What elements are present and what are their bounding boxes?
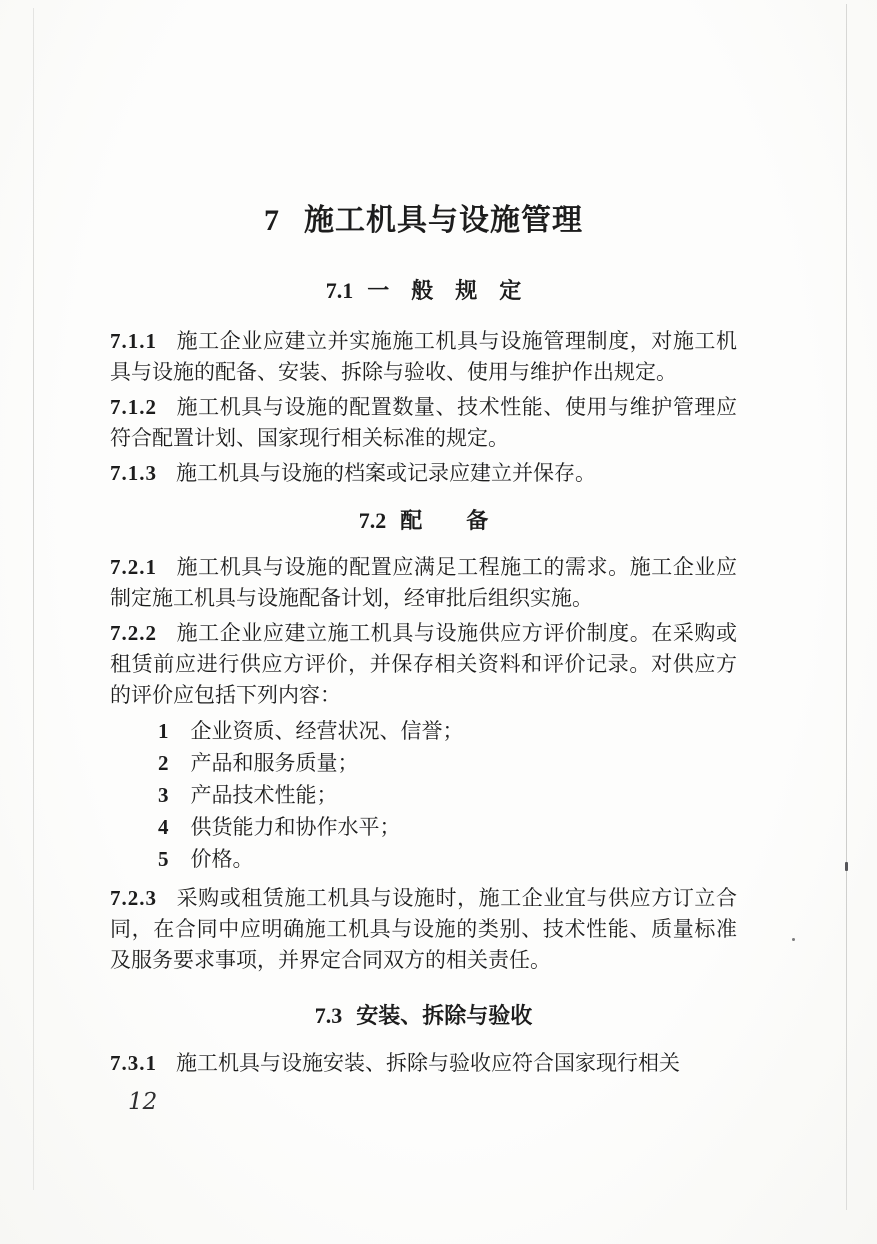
section-number: 7.1: [326, 278, 354, 303]
clause-7-2-3: 7.2.3采购或租赁施工机具与设施时，施工企业宜与供应方订立合同，在合同中应明确…: [110, 883, 737, 976]
item-text: 产品技术性能；: [191, 783, 338, 807]
clause-text: 施工机具与设施的配置数量、技术性能、使用与维护管理应符合配置计划、国家现行相关标…: [110, 395, 737, 450]
section-heading-7-3: 7.3安装、拆除与验收: [110, 1003, 737, 1029]
clause-7-2-2: 7.2.2施工企业应建立施工机具与设施供应方评价制度。在采购或租赁前应进行供应方…: [110, 618, 737, 711]
chapter-title: 7施工机具与设施管理: [110, 200, 737, 242]
clause-text: 施工企业应建立施工机具与设施供应方评价制度。在采购或租赁前应进行供应方评价，并保…: [110, 621, 737, 707]
section-heading-7-1: 7.1一 般 规 定: [110, 278, 737, 304]
clause-text: 采购或租赁施工机具与设施时，施工企业宜与供应方订立合同，在合同中应明确施工机具与…: [110, 886, 737, 972]
scanned-document-page: 7施工机具与设施管理 7.1一 般 规 定 7.1.1施工企业应建立并实施施工机…: [0, 0, 877, 1244]
scan-edge-line-left: [33, 8, 34, 1190]
clause-number: 7.1.3: [110, 461, 157, 485]
item-text: 供货能力和协作水平；: [191, 815, 401, 839]
chapter-number: 7: [264, 204, 280, 237]
scan-artifact-dot: [792, 938, 795, 941]
scan-artifact-dash: [845, 862, 848, 871]
section-number: 7.2: [359, 508, 387, 533]
item-text: 产品和服务质量；: [191, 751, 359, 775]
list-item-3: 3产品技术性能；: [158, 779, 737, 811]
chapter-title-text: 施工机具与设施管理: [304, 204, 583, 237]
evaluation-criteria-list: 1企业资质、经营状况、信誉； 2产品和服务质量； 3产品技术性能； 4供货能力和…: [110, 715, 737, 875]
clause-7-1-3: 7.1.3施工机具与设施的档案或记录应建立并保存。: [110, 458, 737, 489]
list-item-2: 2产品和服务质量；: [158, 747, 737, 779]
item-text: 价格。: [191, 847, 254, 871]
clause-text: 施工机具与设施安装、拆除与验收应符合国家现行相关: [176, 1051, 680, 1075]
clause-text: 施工机具与设施的配置应满足工程施工的需求。施工企业应制定施工机具与设施配备计划，…: [110, 555, 737, 610]
section-title-text: 配 备: [400, 508, 488, 533]
clause-number: 7.1.1: [110, 329, 157, 353]
item-text: 企业资质、经营状况、信誉；: [191, 719, 464, 743]
clause-7-2-1: 7.2.1施工机具与设施的配置应满足工程施工的需求。施工企业应制定施工机具与设施…: [110, 552, 737, 614]
scan-edge-line-right: [846, 4, 847, 1210]
item-number: 5: [158, 847, 169, 871]
list-item-4: 4供货能力和协作水平；: [158, 811, 737, 843]
list-item-5: 5价格。: [158, 843, 737, 875]
page-number: 12: [128, 1089, 737, 1115]
clause-number: 7.2.1: [110, 555, 157, 579]
clause-text: 施工企业应建立并实施施工机具与设施管理制度，对施工机具与设施的配备、安装、拆除与…: [110, 329, 737, 384]
item-number: 4: [158, 815, 169, 839]
clause-7-3-1: 7.3.1施工机具与设施安装、拆除与验收应符合国家现行相关: [110, 1048, 737, 1079]
list-item-1: 1企业资质、经营状况、信誉；: [158, 715, 737, 747]
clause-7-1-2: 7.1.2施工机具与设施的配置数量、技术性能、使用与维护管理应符合配置计划、国家…: [110, 392, 737, 454]
clause-number: 7.2.3: [110, 886, 157, 910]
page-content: 7施工机具与设施管理 7.1一 般 规 定 7.1.1施工企业应建立并实施施工机…: [110, 0, 737, 1115]
clause-text: 施工机具与设施的档案或记录应建立并保存。: [176, 461, 596, 485]
section-number: 7.3: [315, 1003, 343, 1028]
item-number: 2: [158, 751, 169, 775]
clause-number: 7.1.2: [110, 395, 157, 419]
clause-7-1-1: 7.1.1施工企业应建立并实施施工机具与设施管理制度，对施工机具与设施的配备、安…: [110, 326, 737, 388]
clause-number: 7.3.1: [110, 1051, 157, 1075]
section-title-text: 一 般 规 定: [367, 278, 521, 303]
section-title-text: 安装、拆除与验收: [356, 1003, 532, 1028]
item-number: 3: [158, 783, 169, 807]
section-heading-7-2: 7.2配 备: [110, 508, 737, 534]
clause-number: 7.2.2: [110, 621, 157, 645]
item-number: 1: [158, 719, 169, 743]
